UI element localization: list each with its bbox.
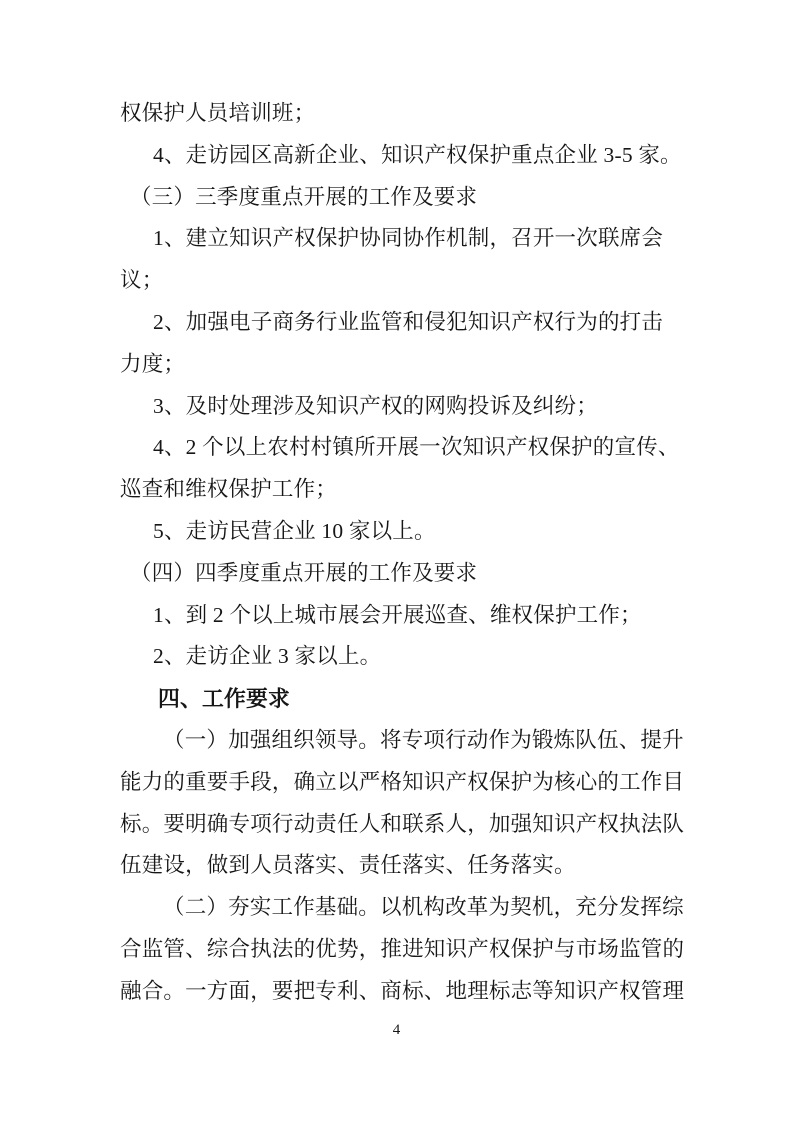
doc-line: 融合。一方面，要把专利、商标、地理标志等知识产权管理 <box>0 971 793 1013</box>
doc-line: 权保护人员培训班； <box>0 93 793 135</box>
doc-line: 2、走访企业 3 家以上。 <box>0 636 793 678</box>
doc-line: 伍建设，做到人员落实、责任落实、任务落实。 <box>0 845 793 887</box>
doc-line: 合监管、综合执法的优势，推进知识产权保护与市场监管的 <box>0 929 793 971</box>
doc-line: 1、建立知识产权保护协同协作机制，召开一次联席会 <box>0 218 793 260</box>
doc-line: 1、到 2 个以上城市展会开展巡查、维权保护工作； <box>0 595 793 637</box>
doc-line: 4、2 个以上农村村镇所开展一次知识产权保护的宣传、 <box>0 427 793 469</box>
subsection-heading-q3: （三）三季度重点开展的工作及要求 <box>0 177 793 219</box>
text-body: 权保护人员培训班； 4、走访园区高新企业、知识产权保护重点企业 3-5 家。 （… <box>0 93 793 1013</box>
doc-line: 能力的重要手段，确立以严格知识产权保护为核心的工作目 <box>0 762 793 804</box>
paragraph-first-line-1: （一）加强组织领导。将专项行动作为锻炼队伍、提升 <box>0 720 793 762</box>
doc-line: 力度； <box>0 344 793 386</box>
doc-line: 4、走访园区高新企业、知识产权保护重点企业 3-5 家。 <box>0 135 793 177</box>
doc-line: 议； <box>0 260 793 302</box>
doc-line: 巡查和维权保护工作； <box>0 469 793 511</box>
document-page: 权保护人员培训班； 4、走访园区高新企业、知识产权保护重点企业 3-5 家。 （… <box>0 0 793 1122</box>
subsection-heading-q4: （四）四季度重点开展的工作及要求 <box>0 553 793 595</box>
doc-line: 2、加强电子商务行业监管和侵犯知识产权行为的打击 <box>0 302 793 344</box>
doc-line: 3、及时处理涉及知识产权的网购投诉及纠纷； <box>0 386 793 428</box>
paragraph-first-line-2: （二）夯实工作基础。以机构改革为契机，充分发挥综 <box>0 887 793 929</box>
section-heading-work-requirements: 四、工作要求 <box>0 678 793 720</box>
doc-line: 5、走访民营企业 10 家以上。 <box>0 511 793 553</box>
page-number: 4 <box>0 1020 793 1040</box>
doc-line: 标。要明确专项行动责任人和联系人，加强知识产权执法队 <box>0 804 793 846</box>
